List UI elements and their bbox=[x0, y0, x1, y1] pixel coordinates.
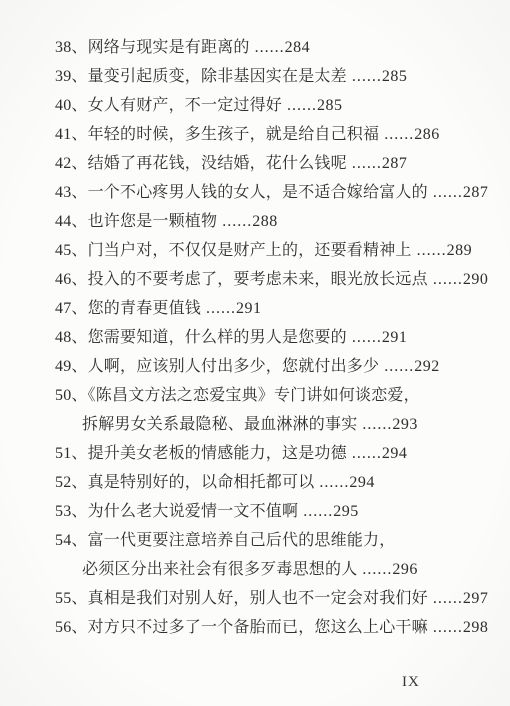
toc-entry-line: 46、投入的不要考虑了，要考虑未来，眼光放长远点......290 bbox=[55, 265, 496, 294]
enumeration-comma: 、 bbox=[71, 155, 87, 172]
entry-title-text: 年轻的时候，多生孩子，就是给自己积福 bbox=[88, 126, 380, 143]
entry-title-text: 也许您是一颗植物 bbox=[88, 213, 218, 230]
enumeration-comma: 、 bbox=[71, 184, 87, 201]
entry-page-number: 296 bbox=[392, 561, 418, 578]
enumeration-comma: 、 bbox=[71, 619, 87, 636]
entry-number: 52 bbox=[55, 474, 71, 491]
leader-dots: ...... bbox=[222, 213, 252, 230]
toc-entry-line: 50、《陈昌文方法之恋爱宝典》专门讲如何谈恋爱， bbox=[55, 381, 496, 410]
toc-entry-line: 43、一个不心疼男人钱的女人，是不适合嫁给富人的......287 bbox=[55, 178, 496, 207]
entry-number: 50 bbox=[55, 387, 71, 404]
toc-entry-line: 56、对方只不过多了一个备胎而已，您这么上心干嘛......298 bbox=[55, 613, 496, 642]
entry-number: 44 bbox=[55, 213, 71, 230]
enumeration-comma: 、 bbox=[71, 329, 87, 346]
enumeration-comma: 、 bbox=[71, 474, 87, 491]
leader-dots: ...... bbox=[384, 126, 414, 143]
enumeration-comma: 、 bbox=[71, 39, 87, 56]
leader-dots: ...... bbox=[433, 590, 463, 607]
leader-dots: ...... bbox=[206, 300, 236, 317]
entry-title-text: 对方只不过多了一个备胎而已，您这么上心干嘛 bbox=[88, 619, 428, 636]
entry-page-number: 285 bbox=[382, 68, 408, 85]
entry-title-text: 提升美女老板的情感能力，这是功德 bbox=[88, 445, 347, 462]
toc-entry-line: 42、结婚了再花钱，没结婚，花什么钱呢......287 bbox=[55, 149, 496, 178]
page-number-footer: IX bbox=[402, 674, 420, 691]
book-page: 38、网络与现实是有距离的......28439、量变引起质变，除非基因实在是太… bbox=[0, 0, 510, 706]
enumeration-comma: 、 bbox=[71, 358, 87, 375]
entry-title-text: 您的青春更值钱 bbox=[88, 300, 201, 317]
leader-dots: ...... bbox=[417, 242, 447, 259]
toc-entry-line: 54、富一代更要注意培养自己后代的思维能力， bbox=[55, 526, 496, 555]
entry-page-number: 287 bbox=[463, 184, 489, 201]
entry-title-text: 为什么老大说爱情一文不值啊 bbox=[88, 503, 299, 520]
entry-page-number: 291 bbox=[236, 300, 262, 317]
entry-number: 54 bbox=[55, 532, 71, 549]
toc-entry: 49、人啊，应该别人付出多少，您就付出多少......292 bbox=[55, 352, 496, 381]
entry-page-number: 298 bbox=[463, 619, 489, 636]
leader-dots: ...... bbox=[352, 68, 382, 85]
toc-entry: 41、年轻的时候，多生孩子，就是给自己积福......286 bbox=[55, 120, 496, 149]
leader-dots: ...... bbox=[352, 445, 382, 462]
leader-dots: ...... bbox=[255, 39, 285, 56]
entry-page-number: 297 bbox=[463, 590, 489, 607]
leader-dots: ...... bbox=[433, 619, 463, 636]
enumeration-comma: 、 bbox=[71, 97, 87, 114]
entry-title-text: 女人有财产，不一定过得好 bbox=[88, 97, 282, 114]
entry-number: 43 bbox=[55, 184, 71, 201]
enumeration-comma: 、 bbox=[71, 271, 87, 288]
enumeration-comma: 、 bbox=[71, 445, 87, 462]
enumeration-comma: 、 bbox=[71, 242, 87, 259]
toc-entry: 56、对方只不过多了一个备胎而已，您这么上心干嘛......298 bbox=[55, 613, 496, 642]
entry-title-text: 人啊，应该别人付出多少，您就付出多少 bbox=[88, 358, 380, 375]
leader-dots: ...... bbox=[433, 184, 463, 201]
entry-title-text: 量变引起质变，除非基因实在是太差 bbox=[88, 68, 347, 85]
toc-entry: 54、富一代更要注意培养自己后代的思维能力，必须区分出来社会有很多歹毒思想的人.… bbox=[55, 526, 496, 584]
entry-number: 55 bbox=[55, 590, 71, 607]
entry-page-number: 289 bbox=[447, 242, 473, 259]
toc-entry-line: 44、也许您是一颗植物......288 bbox=[55, 207, 496, 236]
entry-page-number: 285 bbox=[317, 97, 343, 114]
entry-page-number: 287 bbox=[382, 155, 408, 172]
enumeration-comma: 、 bbox=[71, 503, 87, 520]
entry-page-number: 288 bbox=[252, 213, 278, 230]
leader-dots: ...... bbox=[287, 97, 317, 114]
toc-entry-line: 拆解男女关系最隐秘、最血淋淋的事实......293 bbox=[82, 410, 496, 439]
leader-dots: ...... bbox=[303, 503, 333, 520]
entry-number: 48 bbox=[55, 329, 71, 346]
toc-entry: 42、结婚了再花钱，没结婚，花什么钱呢......287 bbox=[55, 149, 496, 178]
entry-page-number: 294 bbox=[382, 445, 408, 462]
toc-entry-line: 45、门当户对，不仅仅是财产上的，还要看精神上......289 bbox=[55, 236, 496, 265]
toc-entry: 48、您需要知道，什么样的男人是您要的......291 bbox=[55, 323, 496, 352]
leader-dots: ...... bbox=[433, 271, 463, 288]
enumeration-comma: 、 bbox=[71, 126, 87, 143]
entry-page-number: 293 bbox=[392, 416, 418, 433]
leader-dots: ...... bbox=[384, 358, 414, 375]
leader-dots: ...... bbox=[352, 155, 382, 172]
entry-title-text: 门当户对，不仅仅是财产上的，还要看精神上 bbox=[88, 242, 412, 259]
toc-entry: 53、为什么老大说爱情一文不值啊......295 bbox=[55, 497, 496, 526]
entry-title-text: 《陈昌文方法之恋爱宝典》专门讲如何谈恋爱， bbox=[88, 387, 420, 404]
entry-page-number: 294 bbox=[349, 474, 375, 491]
toc-entry-line: 55、真相是我们对别人好，别人也不一定会对我们好......297 bbox=[55, 584, 496, 613]
entry-page-number: 286 bbox=[414, 126, 440, 143]
toc-entry: 45、门当户对，不仅仅是财产上的，还要看精神上......289 bbox=[55, 236, 496, 265]
toc-entry-line: 51、提升美女老板的情感能力，这是功德......294 bbox=[55, 439, 496, 468]
toc-entry: 47、您的青春更值钱......291 bbox=[55, 294, 496, 323]
entry-title-text: 真是特别好的，以命相托都可以 bbox=[88, 474, 315, 491]
entry-page-number: 284 bbox=[285, 39, 311, 56]
entry-number: 51 bbox=[55, 445, 71, 462]
entry-number: 53 bbox=[55, 503, 71, 520]
enumeration-comma: 、 bbox=[71, 300, 87, 317]
entry-number: 49 bbox=[55, 358, 71, 375]
toc-entry: 55、真相是我们对别人好，别人也不一定会对我们好......297 bbox=[55, 584, 496, 613]
entry-number: 56 bbox=[55, 619, 71, 636]
leader-dots: ...... bbox=[352, 329, 382, 346]
toc-entry: 39、量变引起质变，除非基因实在是太差......285 bbox=[55, 62, 496, 91]
enumeration-comma: 、 bbox=[71, 590, 87, 607]
toc-entry: 44、也许您是一颗植物......288 bbox=[55, 207, 496, 236]
entry-title-text: 拆解男女关系最隐秘、最血淋淋的事实 bbox=[82, 416, 357, 433]
toc-entry-line: 52、真是特别好的，以命相托都可以......294 bbox=[55, 468, 496, 497]
toc-entry-line: 必须区分出来社会有很多歹毒思想的人......296 bbox=[82, 555, 496, 584]
entry-page-number: 295 bbox=[333, 503, 359, 520]
toc-entry-line: 48、您需要知道，什么样的男人是您要的......291 bbox=[55, 323, 496, 352]
entry-number: 39 bbox=[55, 68, 71, 85]
entry-number: 41 bbox=[55, 126, 71, 143]
toc-entry-line: 39、量变引起质变，除非基因实在是太差......285 bbox=[55, 62, 496, 91]
entry-number: 46 bbox=[55, 271, 71, 288]
entry-number: 38 bbox=[55, 39, 71, 56]
toc-entry-line: 49、人啊，应该别人付出多少，您就付出多少......292 bbox=[55, 352, 496, 381]
toc-entry-line: 47、您的青春更值钱......291 bbox=[55, 294, 496, 323]
entry-title-text: 必须区分出来社会有很多歹毒思想的人 bbox=[82, 561, 357, 578]
entry-number: 40 bbox=[55, 97, 71, 114]
entry-title-text: 投入的不要考虑了，要考虑未来，眼光放长远点 bbox=[88, 271, 428, 288]
toc-entry: 51、提升美女老板的情感能力，这是功德......294 bbox=[55, 439, 496, 468]
toc-list: 38、网络与现实是有距离的......28439、量变引起质变，除非基因实在是太… bbox=[55, 33, 496, 642]
enumeration-comma: 、 bbox=[71, 387, 87, 404]
entry-page-number: 291 bbox=[382, 329, 408, 346]
entry-title-text: 一个不心疼男人钱的女人，是不适合嫁给富人的 bbox=[88, 184, 428, 201]
entry-title-text: 网络与现实是有距离的 bbox=[88, 39, 250, 56]
entry-number: 42 bbox=[55, 155, 71, 172]
toc-entry-line: 41、年轻的时候，多生孩子，就是给自己积福......286 bbox=[55, 120, 496, 149]
entry-title-text: 您需要知道，什么样的男人是您要的 bbox=[88, 329, 347, 346]
entry-title-text: 富一代更要注意培养自己后代的思维能力， bbox=[88, 532, 396, 549]
toc-entry-line: 53、为什么老大说爱情一文不值啊......295 bbox=[55, 497, 496, 526]
toc-entry-line: 38、网络与现实是有距离的......284 bbox=[55, 33, 496, 62]
toc-entry: 40、女人有财产，不一定过得好......285 bbox=[55, 91, 496, 120]
enumeration-comma: 、 bbox=[71, 213, 87, 230]
toc-entry: 43、一个不心疼男人钱的女人，是不适合嫁给富人的......287 bbox=[55, 178, 496, 207]
toc-entry: 46、投入的不要考虑了，要考虑未来，眼光放长远点......290 bbox=[55, 265, 496, 294]
entry-page-number: 290 bbox=[463, 271, 489, 288]
leader-dots: ...... bbox=[362, 416, 392, 433]
leader-dots: ...... bbox=[319, 474, 349, 491]
entry-number: 47 bbox=[55, 300, 71, 317]
enumeration-comma: 、 bbox=[71, 68, 87, 85]
enumeration-comma: 、 bbox=[71, 532, 87, 549]
leader-dots: ...... bbox=[362, 561, 392, 578]
entry-number: 45 bbox=[55, 242, 71, 259]
toc-entry-line: 40、女人有财产，不一定过得好......285 bbox=[55, 91, 496, 120]
entry-title-text: 结婚了再花钱，没结婚，花什么钱呢 bbox=[88, 155, 347, 172]
toc-entry: 50、《陈昌文方法之恋爱宝典》专门讲如何谈恋爱，拆解男女关系最隐秘、最血淋淋的事… bbox=[55, 381, 496, 439]
toc-entry: 52、真是特别好的，以命相托都可以......294 bbox=[55, 468, 496, 497]
toc-entry: 38、网络与现实是有距离的......284 bbox=[55, 33, 496, 62]
entry-title-text: 真相是我们对别人好，别人也不一定会对我们好 bbox=[88, 590, 428, 607]
entry-page-number: 292 bbox=[414, 358, 440, 375]
